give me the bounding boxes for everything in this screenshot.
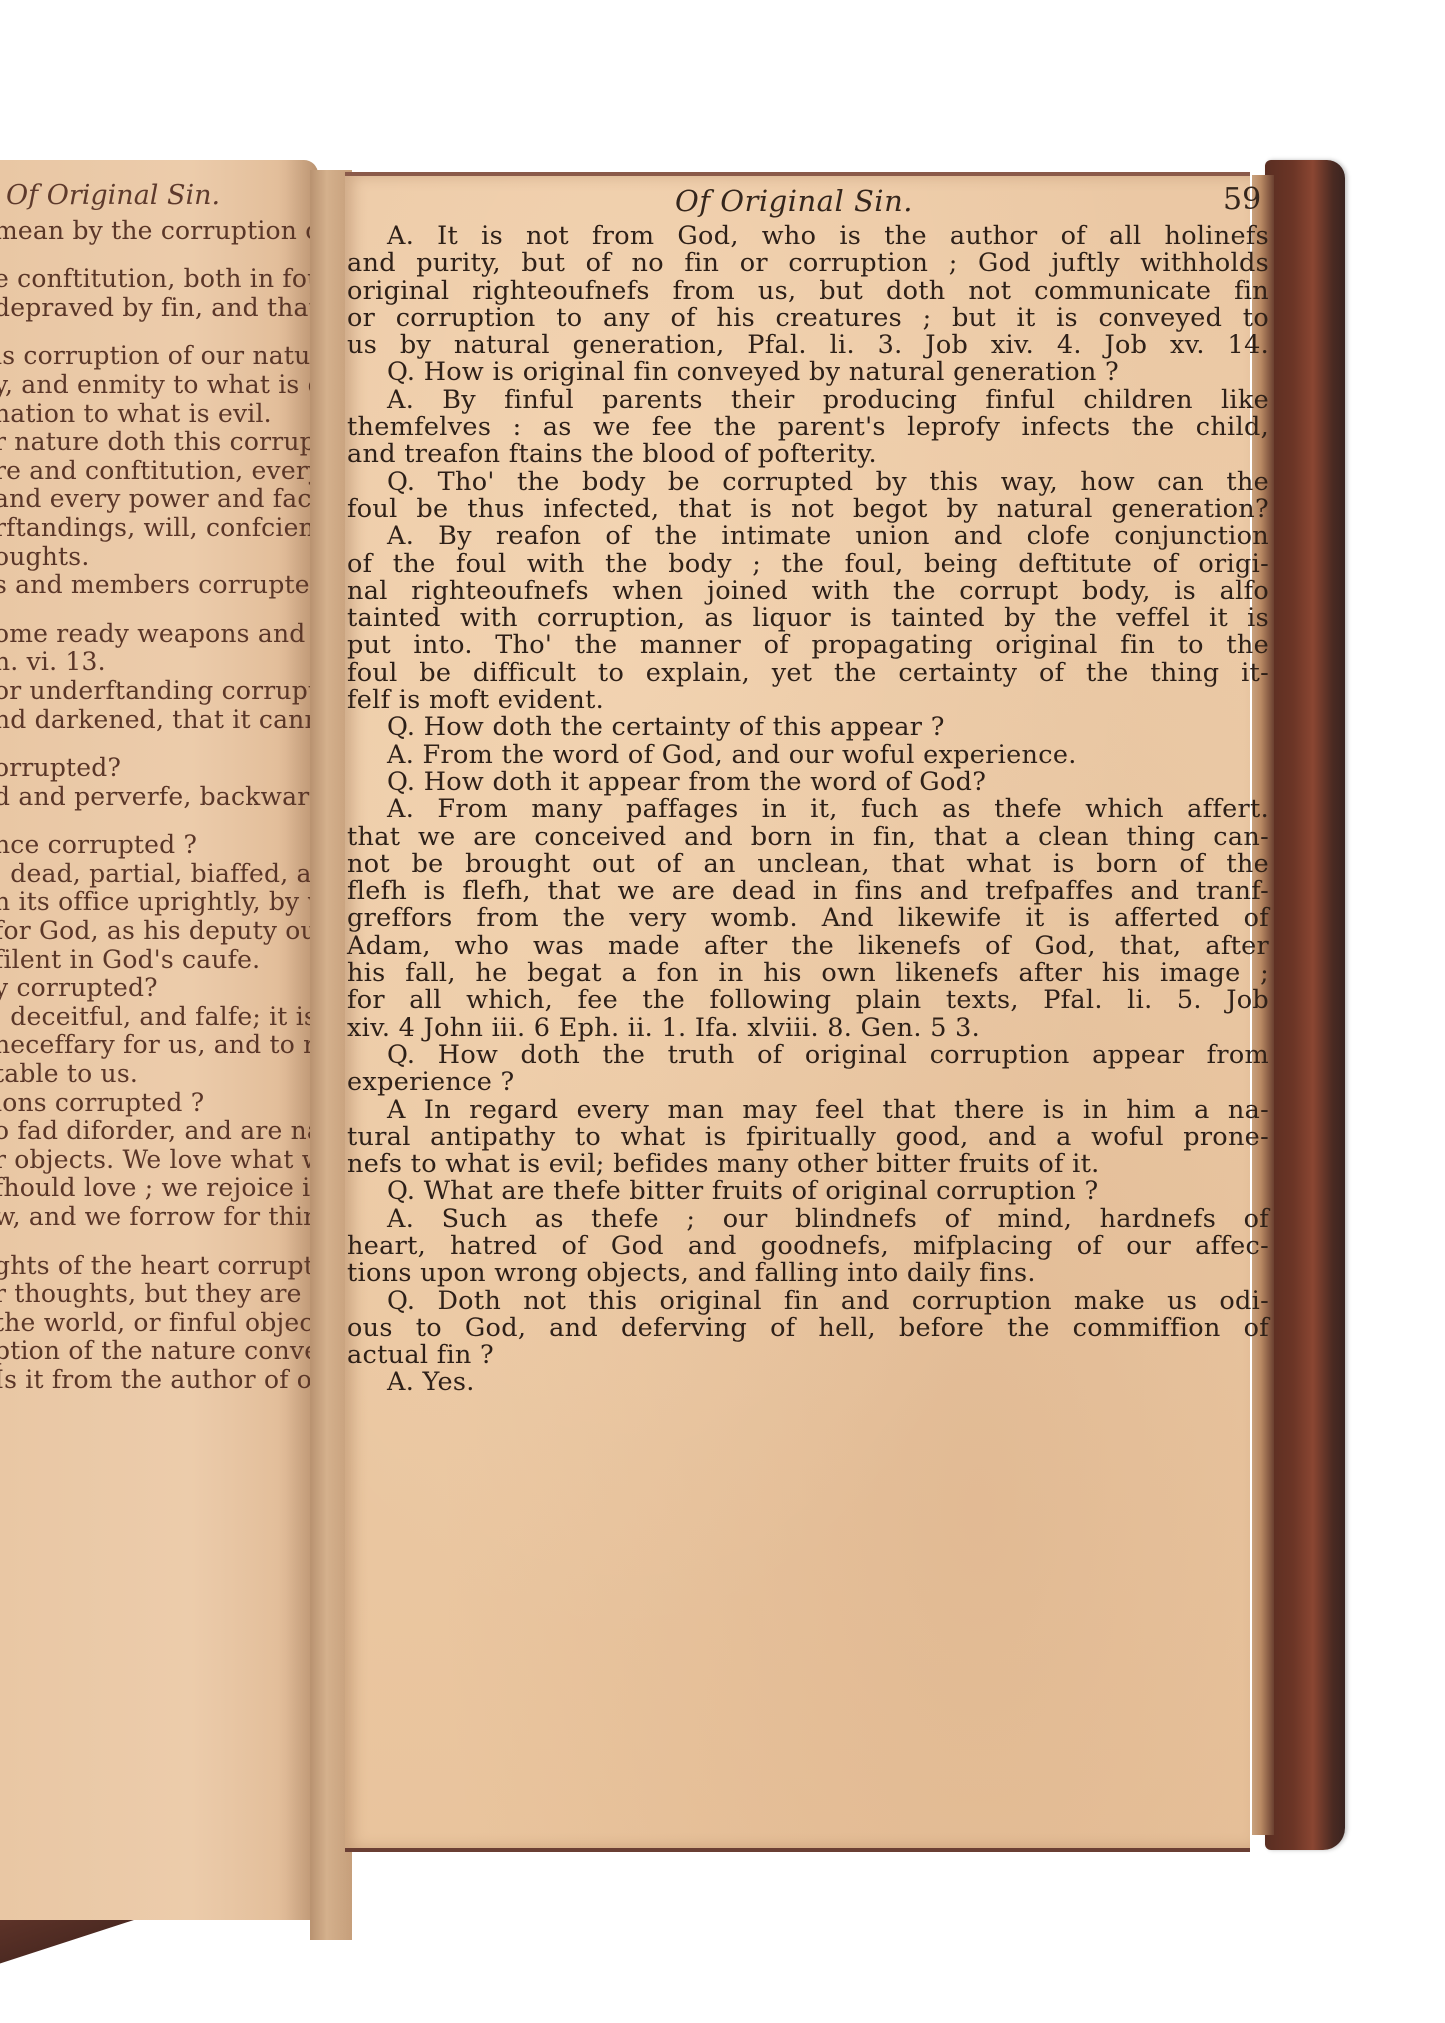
text-line: table to us. xyxy=(0,1060,318,1089)
text-line: r thoughts, but they are apt to xyxy=(0,1280,318,1309)
line-gap xyxy=(0,245,318,265)
left-page-text: Of Original Sin. mean by the corruption … xyxy=(0,182,318,1395)
text-line: flefh is flefh, that we are dead in fins… xyxy=(347,878,1269,905)
text-line: ption of the nature conveyed fr xyxy=(0,1337,318,1366)
text-line: y corrupted? xyxy=(0,974,318,1003)
text-line: A. It is not from God, who is the author… xyxy=(347,223,1269,250)
text-line: Is it from the author of our being xyxy=(0,1366,318,1395)
text-line: s and members corrupted by o xyxy=(0,571,318,600)
text-line: A In regard every man may feel that ther… xyxy=(347,1097,1269,1124)
line-gap xyxy=(0,734,318,754)
line-gap xyxy=(0,1232,318,1252)
text-line: n its office uprightly, by wa xyxy=(0,888,318,917)
text-line: greffors from the very womb. And likewif… xyxy=(347,905,1269,932)
text-line: o fad diforder, and are naturally xyxy=(0,1117,318,1146)
text-line: nal righteoufnefs when joined with the c… xyxy=(347,578,1269,605)
text-line: orrupted? xyxy=(0,754,318,783)
text-line: us by natural generation, Pfal. li. 3. J… xyxy=(347,332,1269,359)
right-cover-board xyxy=(1265,160,1345,1850)
text-line: n. vi. 13. xyxy=(0,648,318,677)
line-gap xyxy=(0,600,318,620)
text-line: nation to what is evil. xyxy=(0,400,318,429)
text-line: or underftanding corrupted th xyxy=(0,677,318,706)
text-line: fhould love ; we rejoice in th xyxy=(0,1174,318,1203)
text-line: w, and we forrow for things that xyxy=(0,1203,318,1232)
text-line: ous to God, and deferving of hell, befor… xyxy=(347,1315,1269,1342)
text-line: r nature doth this corruption in xyxy=(0,428,318,457)
open-book: Of Original Sin. mean by the corruption … xyxy=(0,0,1445,2023)
text-line: original righteoufnefs from us, but doth… xyxy=(347,278,1269,305)
page-number: 59 xyxy=(1223,182,1261,217)
text-line: ions corrupted ? xyxy=(0,1089,318,1118)
text-line: Q. Doth not this original fin and corrup… xyxy=(347,1288,1269,1315)
text-line: d and perverfe, backward to xyxy=(0,783,318,812)
text-line: r objects. We love what we fh xyxy=(0,1146,318,1175)
text-line: actual fin ? xyxy=(347,1342,1269,1369)
text-line: A. By reafon of the intimate union and c… xyxy=(347,523,1269,550)
text-line: A. Such as thefe ; our blindnefs of mind… xyxy=(347,1206,1269,1233)
text-line: , deceitful, and falfe; it is ap xyxy=(0,1003,318,1032)
text-line: Q. How doth the certainty of this appear… xyxy=(347,714,1269,741)
text-line: nd darkened, that it cannot d xyxy=(0,706,318,735)
left-page: Of Original Sin. mean by the corruption … xyxy=(0,160,318,1920)
text-line: xiv. 4 John iii. 6 Eph. ii. 1. Ifa. xlvi… xyxy=(347,1015,1269,1042)
text-line: Q. How doth the truth of original corrup… xyxy=(347,1042,1269,1069)
text-line: Q. Tho' the body be corrupted by this wa… xyxy=(347,469,1269,496)
text-line: Q. What are thefe bitter fruits of origi… xyxy=(347,1178,1269,1205)
text-line: A. Yes. xyxy=(347,1369,1269,1396)
text-line: e conftitution, both in foul and bo xyxy=(0,265,318,294)
text-line: his fall, he begat a fon in his own like… xyxy=(347,960,1269,987)
text-line: is corruption of our nature appea xyxy=(0,342,318,371)
text-line: depraved by fin, and that from the xyxy=(0,294,318,323)
text-line: A. From the word of God, and our woful e… xyxy=(347,742,1269,769)
text-line: the world, or finful objects. xyxy=(0,1309,318,1338)
text-line: Q. How is original fin conveyed by natur… xyxy=(347,359,1269,386)
text-line: put into. Tho' the manner of propagating… xyxy=(347,632,1269,659)
text-line: , dead, partial, biaffed, and un xyxy=(0,860,318,889)
text-line: A. By finful parents their producing fin… xyxy=(347,387,1269,414)
text-line: Adam, who was made after the likenefs of… xyxy=(347,933,1269,960)
text-line: oughts. xyxy=(0,543,318,572)
text-line: for God, as his deputy ou xyxy=(0,917,318,946)
right-running-head: Of Original Sin. xyxy=(675,184,913,218)
text-line: nefs to what is evil; befides many other… xyxy=(347,1151,1269,1178)
text-line: themfelves : as we fee the parent's lepr… xyxy=(347,414,1269,441)
text-line: tural antipathy to what is fpiritually g… xyxy=(347,1124,1269,1151)
text-line: foul be thus infected, that is not begot… xyxy=(347,496,1269,523)
text-line: heart, hatred of God and goodnefs, mifpl… xyxy=(347,1233,1269,1260)
text-line: and every power and faculty xyxy=(0,485,318,514)
text-line: mean by the corruption of our xyxy=(0,217,318,246)
right-page: Of Original Sin. 59 A. It is not from Go… xyxy=(345,172,1250,1852)
text-line: neceffary for us, and to retain xyxy=(0,1031,318,1060)
text-line: ome ready weapons and inftru xyxy=(0,620,318,649)
text-line: ghts of the heart corrupted? xyxy=(0,1252,318,1281)
text-line: A. From many paffages in it, fuch as the… xyxy=(347,796,1269,823)
text-line: filent in God's caufe. xyxy=(0,946,318,975)
text-line: tions upon wrong objects, and falling in… xyxy=(347,1260,1269,1287)
text-line: rftandings, will, confciences, a xyxy=(0,514,318,543)
line-gap xyxy=(0,322,318,342)
text-line: and treafon ftains the blood of pofterit… xyxy=(347,441,1269,468)
text-line: for all which, fee the following plain t… xyxy=(347,987,1269,1014)
text-line: experience ? xyxy=(347,1069,1269,1096)
right-page-body: A. It is not from God, who is the author… xyxy=(347,223,1269,1397)
left-page-lines: mean by the corruption of oure conftitut… xyxy=(0,217,318,1395)
text-line: that we are conceived and born in fin, t… xyxy=(347,824,1269,851)
text-line: nce corrupted ? xyxy=(0,831,318,860)
line-gap xyxy=(0,811,318,831)
text-line: of the foul with the body ; the foul, be… xyxy=(347,551,1269,578)
text-line: Q. How doth it appear from the word of G… xyxy=(347,769,1269,796)
text-line: tainted with corruption, as liquor is ta… xyxy=(347,605,1269,632)
text-line: not be brought out of an unclean, that w… xyxy=(347,851,1269,878)
text-line: or corruption to any of his creatures ; … xyxy=(347,305,1269,332)
text-line: foul be difficult to explain, yet the ce… xyxy=(347,660,1269,687)
text-line: y, and enmity to what is good, a xyxy=(0,371,318,400)
text-line: re and conftitution, every fa xyxy=(0,457,318,486)
text-line: and purity, but of no fin or corruption … xyxy=(347,250,1269,277)
text-line: felf is moft evident. xyxy=(347,687,1269,714)
left-running-head: Of Original Sin. xyxy=(0,182,318,211)
